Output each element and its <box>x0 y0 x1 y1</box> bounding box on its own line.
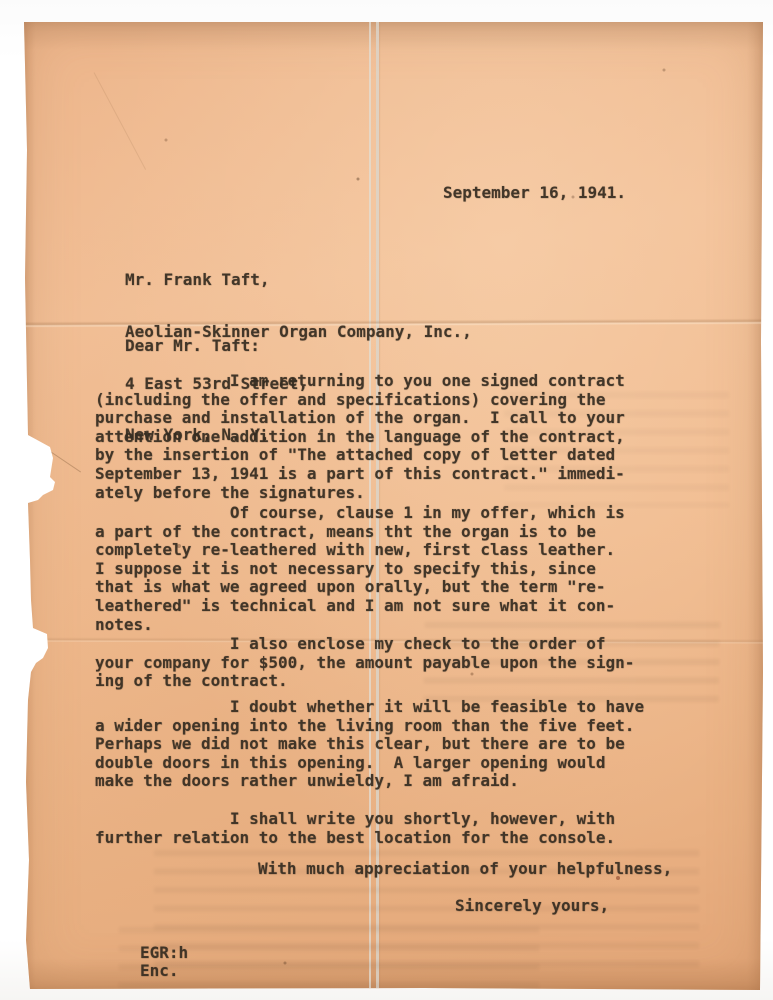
recipient-name: Mr. Frank Taft, <box>125 271 472 288</box>
paragraph-3: I also enclose my check to the order of … <box>95 635 634 691</box>
date-line: September 16, 1941. <box>443 184 626 203</box>
corner-crease <box>94 72 147 170</box>
salutation: Dear Mr. Taft: <box>125 337 260 356</box>
paragraph-5: I shall write you shortly, however, with… <box>95 810 615 847</box>
paper-specks <box>24 22 26 24</box>
torn-edge-crease <box>31 438 81 472</box>
paragraph-2: Of course, clause 1 in my offer, which i… <box>95 504 625 634</box>
paper-left-shading <box>24 22 36 990</box>
reference-initials: EGR:h Enc. <box>140 944 188 980</box>
closing-line: With much appreciation of your helpfulne… <box>258 860 672 879</box>
paragraph-4: I doubt whether it will be feasible to h… <box>95 698 644 791</box>
letter-paper: September 16, 1941. Mr. Frank Taft, Aeol… <box>24 22 763 990</box>
paper-bottom-shading <box>24 958 763 990</box>
signature-line: Sincerely yours, <box>455 897 609 916</box>
paragraph-1: I am returning to you one signed contrac… <box>95 372 625 502</box>
paper-top-shading <box>24 22 763 50</box>
paper-right-shading <box>747 22 763 990</box>
scan-background: September 16, 1941. Mr. Frank Taft, Aeol… <box>0 0 773 1000</box>
